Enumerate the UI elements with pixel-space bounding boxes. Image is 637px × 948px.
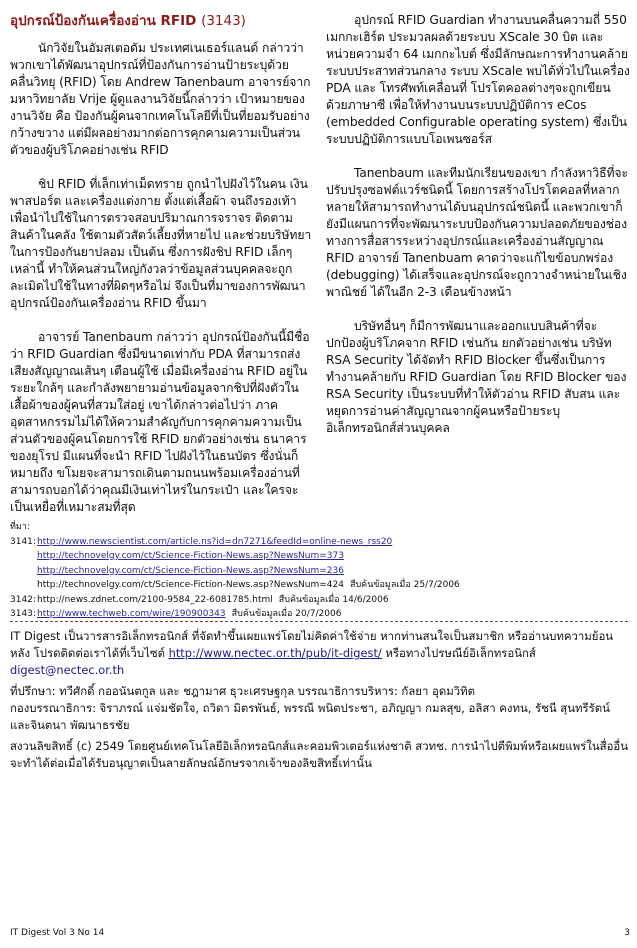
reference-note: สืบค้นข้อมูลเมื่อ 20/7/2006: [232, 609, 342, 619]
references: ที่มา: 3141:http://www.newscientist.com/…: [10, 520, 630, 622]
reference-row: 3141:http://www.newscientist.com/article…: [10, 535, 630, 550]
publication-info: IT Digest เป็นวารสารอิเล็กทรอนิกส์ ที่จั…: [10, 628, 630, 772]
reference-link[interactable]: http://www.newscientist.com/article.ns?i…: [37, 537, 392, 547]
intro-text-2: หรือทางไปรษณีย์อิเล็กทรอนิกส์: [382, 646, 536, 660]
editorial-line: กองบรรณาธิการ: จิราภรณ์ แจ่มชัดใจ, ถวิดา…: [10, 700, 630, 734]
paragraph: อุปกรณ์ RFID Guardian ทำงานบนคลื่นความถี…: [326, 12, 630, 148]
dashed-separator: [10, 621, 628, 622]
reference-note: สืบค้นข้อมูลเมื่อ 25/7/2006: [350, 580, 460, 590]
email-link[interactable]: digest@nectec.or.th: [10, 663, 124, 677]
paragraph: บริษัทอื่นๆ ก็มีการพัฒนาและออกแบบสินค้าท…: [326, 318, 630, 437]
reference-link[interactable]: http://technovelgy.com/ct/Science-Fictio…: [37, 551, 344, 561]
paragraph: Tanenbaum และทีมนักเรียนของเขา กำลังหาวิ…: [326, 165, 630, 301]
reference-row: http://technovelgy.com/ct/Science-Fictio…: [10, 564, 630, 579]
references-label: ที่มา:: [10, 520, 630, 535]
publication-name: IT Digest Vol 3 No 14: [10, 928, 104, 938]
reference-url: http://technovelgy.com/ct/Science-Fictio…: [37, 580, 344, 590]
subscription-info: IT Digest เป็นวารสารอิเล็กทรอนิกส์ ที่จั…: [10, 628, 630, 679]
page-number: 3: [624, 928, 630, 938]
reference-row: http://technovelgy.com/ct/Science-Fictio…: [10, 549, 630, 564]
reference-note: สืบค้นข้อมูลเมื่อ 14/6/2006: [279, 595, 389, 605]
reference-row: http://technovelgy.com/ct/Science-Fictio…: [10, 578, 630, 593]
article-title-text: อุปกรณ์ป้องกันเครื่องอ่าน RFID: [10, 13, 196, 29]
reference-link[interactable]: http://technovelgy.com/ct/Science-Fictio…: [37, 566, 344, 576]
article-columns: อุปกรณ์ป้องกันเครื่องอ่าน RFID (3143) นั…: [10, 8, 630, 533]
paragraph: ชิป RFID ที่เล็กเท่าเม็ดทราย ถูกนำไปฝังไ…: [10, 176, 312, 312]
left-column: อุปกรณ์ป้องกันเครื่องอ่าน RFID (3143) นั…: [10, 8, 320, 533]
reference-id: 3143:: [10, 607, 37, 622]
paragraph: นักวิจัยในอัมสเตอดัม ประเทศเนเธอร์แลนด์ …: [10, 40, 312, 159]
reference-id: 3141:: [10, 535, 37, 550]
advisors-line: ที่ปรึกษา: ทวีศักดิ์ กออนันตกูล และ ชฎาม…: [10, 683, 630, 700]
copyright-line: สงวนลิขสิทธิ์ (c) 2549 โดยศูนย์เทคโนโลยี…: [10, 738, 630, 772]
reference-row: 3142:http://news.zdnet.com/2100-9584_22-…: [10, 593, 630, 608]
reference-url: http://news.zdnet.com/2100-9584_22-60817…: [37, 595, 273, 605]
reference-link[interactable]: http://www.techweb.com/wire/190900343: [37, 609, 226, 619]
article-number: (3143): [201, 13, 246, 29]
article-title: อุปกรณ์ป้องกันเครื่องอ่าน RFID (3143): [10, 12, 312, 30]
document-page: อุปกรณ์ป้องกันเครื่องอ่าน RFID (3143) นั…: [0, 0, 637, 948]
right-column: อุปกรณ์ RFID Guardian ทำงานบนคลื่นความถี…: [320, 8, 630, 533]
website-link[interactable]: http://www.nectec.or.th/pub/it-digest/: [169, 646, 382, 660]
reference-row: 3143:http://www.techweb.com/wire/1909003…: [10, 607, 630, 622]
reference-id: 3142:: [10, 593, 37, 608]
page-footer: IT Digest Vol 3 No 14 3: [10, 928, 630, 938]
paragraph: อาจารย์ Tanenbaum กล่าวว่า อุปกรณ์ป้องกั…: [10, 329, 312, 516]
